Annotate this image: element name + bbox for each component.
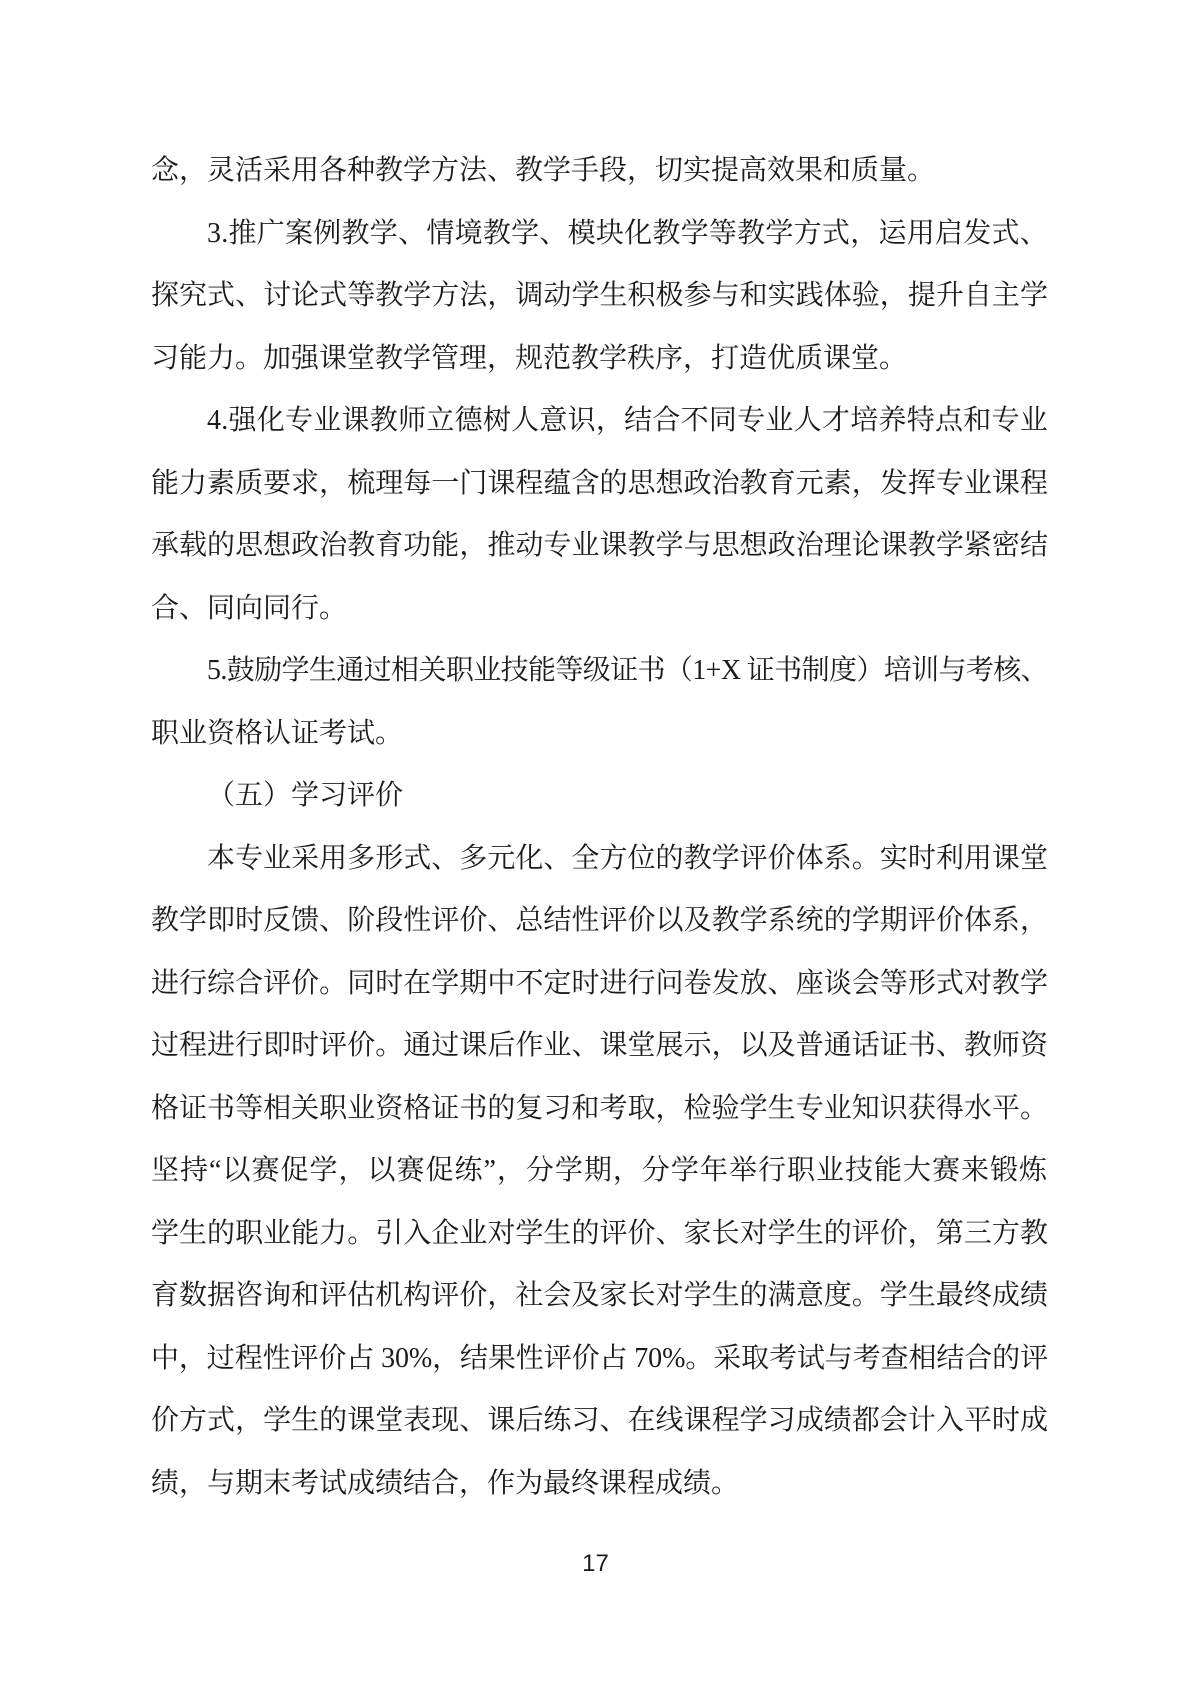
text-line: 念，灵活采用各种教学方法、教学手段，切实提高效果和质量。 [151, 140, 1048, 203]
text-line: 合、同向同行。 [151, 578, 1048, 641]
text-line: 职业资格认证考试。 [151, 703, 1048, 766]
text-line-content: 教学即时反馈、阶段性评价、总结性评价以及教学系统的学期评价体系， [151, 905, 1048, 936]
text-line: 格证书等相关职业资格证书的复习和考取，检验学生专业知识获得水平。 [151, 1078, 1048, 1141]
page-number: 17 [0, 1550, 1191, 1578]
text-line-content: 职业资格认证考试。 [151, 718, 403, 749]
text-line: 坚持“以赛促学，以赛促练”，分学期，分学年举行职业技能大赛来锻炼 [151, 1140, 1048, 1203]
text-line: 过程进行即时评价。通过课后作业、课堂展示，以及普通话证书、教师资 [151, 1015, 1048, 1078]
text-line: 3.推广案例教学、情境教学、模块化教学等教学方式，运用启发式、 [151, 203, 1048, 266]
text-line-content: 进行综合评价。同时在学期中不定时进行问卷发放、座谈会等形式对教学 [151, 968, 1048, 999]
text-line: 探究式、讨论式等教学方法，调动学生积极参与和实践体验，提升自主学 [151, 265, 1048, 328]
text-line-content: 坚持“以赛促学，以赛促练”，分学期，分学年举行职业技能大赛来锻炼 [151, 1155, 1048, 1186]
text-line: 价方式，学生的课堂表现、课后练习、在线课程学习成绩都会计入平时成 [151, 1390, 1048, 1453]
text-line-content: （五）学习评价 [207, 780, 403, 811]
text-line-content: 探究式、讨论式等教学方法，调动学生积极参与和实践体验，提升自主学 [151, 280, 1048, 311]
text-line: （五）学习评价 [151, 765, 1048, 828]
document-text: 念，灵活采用各种教学方法、教学手段，切实提高效果和质量。3.推广案例教学、情境教… [151, 140, 1048, 1515]
text-line: 能力素质要求，梳理每一门课程蕴含的思想政治教育元素，发挥专业课程 [151, 453, 1048, 516]
text-line: 绩，与期末考试成绩结合，作为最终课程成绩。 [151, 1453, 1048, 1516]
text-line-content: 学生的职业能力。引入企业对学生的评价、家长对学生的评价，第三方教 [151, 1218, 1048, 1249]
text-line-content: 念，灵活采用各种教学方法、教学手段，切实提高效果和质量。 [151, 155, 935, 186]
text-line-content: 3.推广案例教学、情境教学、模块化教学等教学方式，运用启发式、 [207, 218, 1048, 249]
text-line-content: 习能力。加强课堂教学管理，规范教学秩序，打造优质课堂。 [151, 343, 907, 374]
text-line-content: 5.鼓励学生通过相关职业技能等级证书（1+X 证书制度）培训与考核、 [207, 655, 1048, 686]
document-page: 念，灵活采用各种教学方法、教学手段，切实提高效果和质量。3.推广案例教学、情境教… [0, 0, 1191, 1684]
text-line: 5.鼓励学生通过相关职业技能等级证书（1+X 证书制度）培训与考核、 [151, 640, 1048, 703]
text-line-content: 中，过程性评价占 30%，结果性评价占 70%。采取考试与考查相结合的评 [151, 1343, 1048, 1374]
text-line-content: 育数据咨询和评估机构评价，社会及家长对学生的满意度。学生最终成绩 [151, 1280, 1048, 1311]
text-line: 本专业采用多形式、多元化、全方位的教学评价体系。实时利用课堂 [151, 828, 1048, 891]
text-line-content: 格证书等相关职业资格证书的复习和考取，检验学生专业知识获得水平。 [151, 1093, 1048, 1124]
text-line-content: 过程进行即时评价。通过课后作业、课堂展示，以及普通话证书、教师资 [151, 1030, 1048, 1061]
text-line-content: 价方式，学生的课堂表现、课后练习、在线课程学习成绩都会计入平时成 [151, 1405, 1048, 1436]
text-line-content: 绩，与期末考试成绩结合，作为最终课程成绩。 [151, 1468, 739, 1499]
text-line-content: 承载的思想政治教育功能，推动专业课教学与思想政治理论课教学紧密结 [151, 530, 1048, 561]
text-line: 承载的思想政治教育功能，推动专业课教学与思想政治理论课教学紧密结 [151, 515, 1048, 578]
text-line-content: 合、同向同行。 [151, 593, 347, 624]
text-line: 学生的职业能力。引入企业对学生的评价、家长对学生的评价，第三方教 [151, 1203, 1048, 1266]
text-line: 中，过程性评价占 30%，结果性评价占 70%。采取考试与考查相结合的评 [151, 1328, 1048, 1391]
text-line: 育数据咨询和评估机构评价，社会及家长对学生的满意度。学生最终成绩 [151, 1265, 1048, 1328]
text-line-content: 本专业采用多形式、多元化、全方位的教学评价体系。实时利用课堂 [207, 843, 1048, 874]
text-line: 4.强化专业课教师立德树人意识，结合不同专业人才培养特点和专业 [151, 390, 1048, 453]
text-line: 教学即时反馈、阶段性评价、总结性评价以及教学系统的学期评价体系， [151, 890, 1048, 953]
text-line-content: 4.强化专业课教师立德树人意识，结合不同专业人才培养特点和专业 [207, 405, 1048, 436]
text-line-content: 能力素质要求，梳理每一门课程蕴含的思想政治教育元素，发挥专业课程 [151, 468, 1048, 499]
text-line: 习能力。加强课堂教学管理，规范教学秩序，打造优质课堂。 [151, 328, 1048, 391]
text-line: 进行综合评价。同时在学期中不定时进行问卷发放、座谈会等形式对教学 [151, 953, 1048, 1016]
